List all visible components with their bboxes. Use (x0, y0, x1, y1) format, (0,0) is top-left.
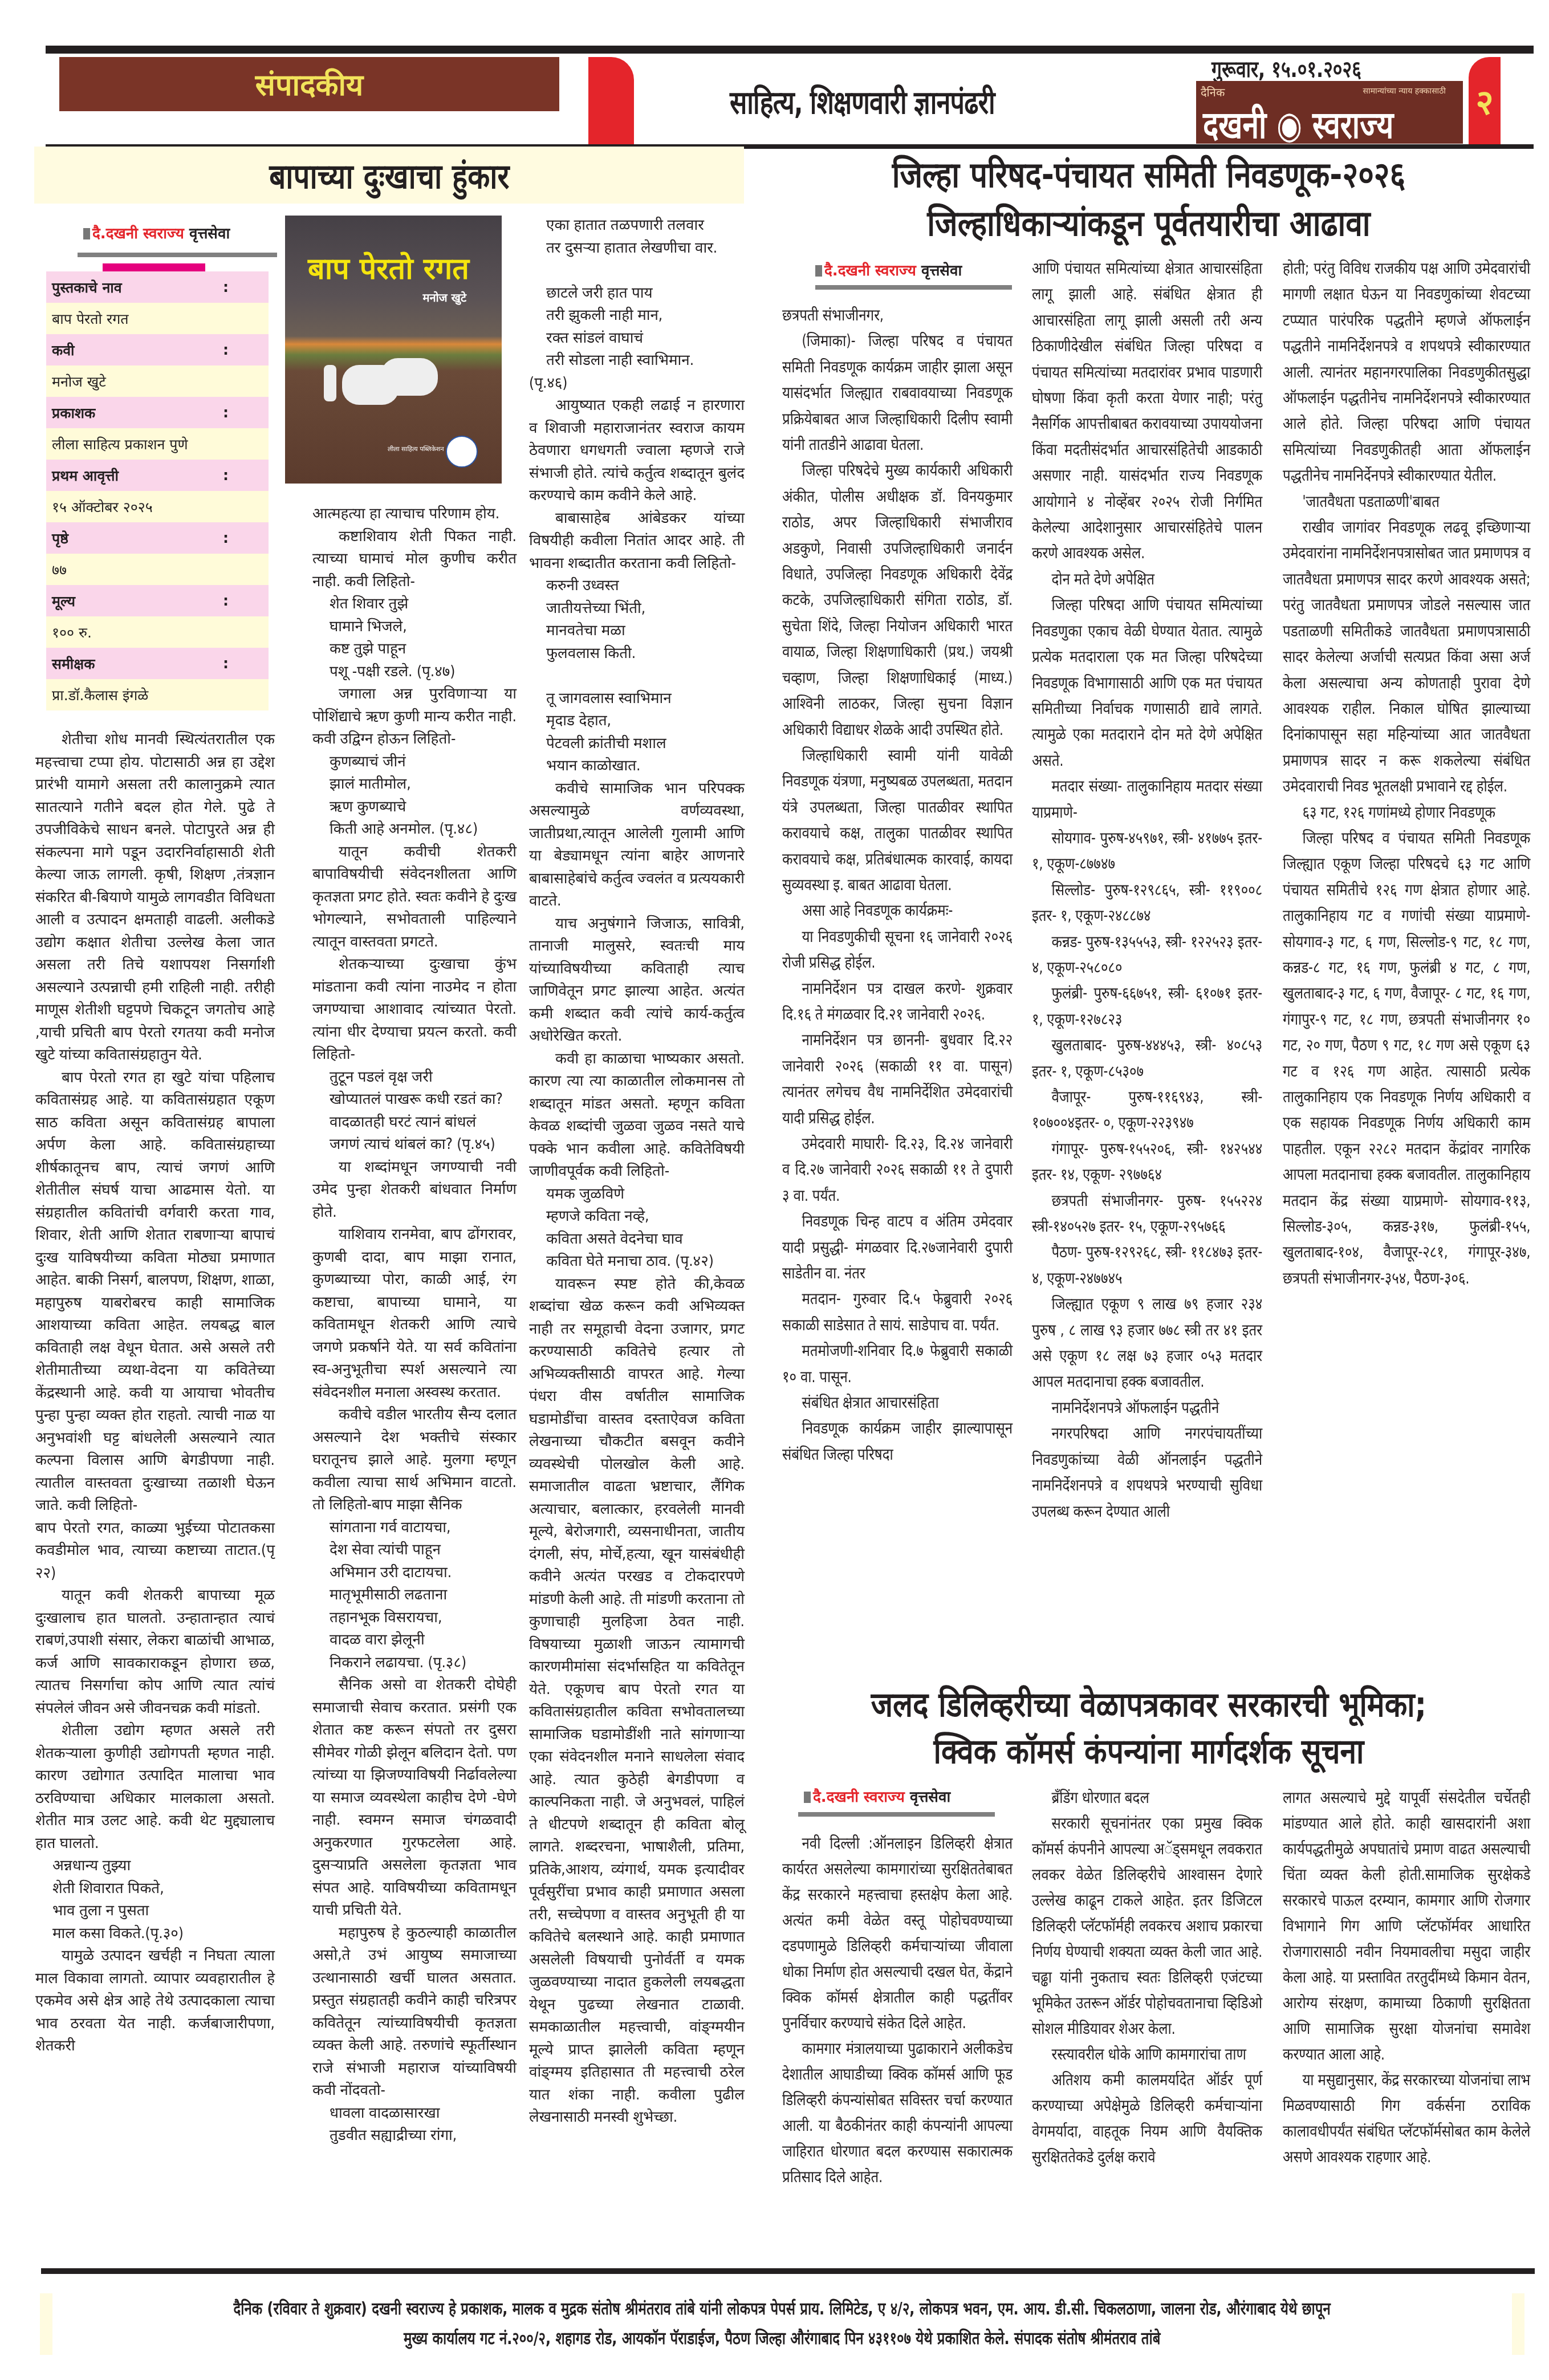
poem: सांगताना गर्व वाटायचा, देश सेवा त्यांची … (312, 1517, 517, 1675)
colon: : (223, 530, 229, 546)
info-label-reviewer: समीक्षक: (46, 648, 269, 679)
paragraph: अतिशय कमी कालमर्यादेत ऑर्डर पूर्ण करण्या… (1032, 2067, 1262, 2170)
quick-commerce-headline-line-2: क्विक कॉमर्स कंपन्यांना मार्गदर्शक सूचना (813, 1728, 1485, 1776)
byline: दै.दखनी स्वराज्य वृत्तसेवा (804, 1786, 950, 1806)
paragraph: जिल्हा परिषद व पंचायत समिती निवडणूक जिल्… (1283, 825, 1530, 1291)
paragraph: सोयगाव- पुरुष-४५९७१, स्त्री- ४१७७५ इतर- … (1032, 825, 1262, 877)
colon: : (223, 592, 229, 609)
logo-prefix: दैनिक (1201, 84, 1225, 100)
book-info-table: पुस्तकाचे नाव: बाप पेरतो रगत कवी: मनोज ख… (46, 271, 269, 710)
paragraph: मतदान- गुरुवार दि.५ फेब्रुवारी २०२६ सकाळ… (782, 1286, 1013, 1338)
paragraph: कामगार मंत्रालयाच्या पुढाकाराने अलीकडेच … (782, 2036, 1013, 2190)
colon: : (223, 404, 229, 421)
colon: : (223, 342, 229, 358)
review-column-3: एका हातात तळपणारी तलवार तर दुसऱ्या हातात… (529, 214, 745, 2129)
label: पृष्ठे (52, 529, 68, 548)
election-column-3: होती; परंतु विविध राजकीय पक्ष आणि उमेदवा… (1283, 255, 1530, 1291)
section-label: संपादकीय (59, 57, 559, 111)
imprint-line-1: दैनिक (रविवार ते शुक्रवार) दखनी स्वराज्य… (234, 2294, 1331, 2324)
paragraph: निवडणूक कार्यक्रम जाहीर झाल्यापासून संबं… (782, 1415, 1013, 1467)
byline-source: दै.दखनी स्वराज्य (92, 225, 184, 242)
paragraph: याशिवाय रानमेवा, बाप ढोंगरावर, कुणबी दाद… (312, 1224, 517, 1404)
paragraph: ६३ गट, १२६ गणांमध्ये होणार निवडणूक (1283, 799, 1530, 825)
book-review-headline: बापाच्या दुःखाचा हुंकार (269, 152, 509, 198)
info-value-reviewer: प्रा.डॉ.कैलास इंगळे (46, 679, 269, 710)
paragraph: जगाला अन्न पुरविणाऱ्या या पोशिंद्याचे ऋण… (312, 683, 517, 751)
book-review-headline-box: बापाच्या दुःखाचा हुंकार (34, 147, 744, 204)
bullet-square-icon (83, 228, 90, 239)
poem: एका हातात तळपणारी तलवार तर दुसऱ्या हातात… (529, 214, 745, 259)
paragraph: नवी दिल्ली :ऑनलाइन डिलिव्हरी क्षेत्रात क… (782, 1830, 1013, 2036)
paragraph: बाबासाहेब आंबेडकर यांच्या विषयीही कवीला … (529, 507, 745, 575)
election-column-2: आणि पंचायत समित्यांच्या क्षेत्रात आचारसं… (1032, 255, 1262, 1524)
label: समीक्षक (52, 654, 95, 673)
info-label-poet: कवी: (46, 334, 269, 365)
info-label-title: पुस्तकाचे नाव: (46, 271, 269, 303)
info-label-edition: प्रथम आवृत्ती: (46, 460, 269, 491)
byline-service: वृत्तसेवा (916, 262, 962, 279)
paragraph: याच अनुषंगाने जिजाऊ, सावित्री, तानाजी मा… (529, 913, 745, 1048)
info-value-publisher: लीला साहित्य प्रकाशन पुणे (46, 428, 269, 460)
paragraph: कष्टाशिवाय शेती पिकत नाही. त्याच्या घामा… (312, 526, 517, 594)
red-tab-decoration (588, 57, 634, 144)
paragraph: असा आहे निवडणूक कार्यक्रमः- (782, 897, 1013, 923)
paragraph: जिल्हा परिषदा आणि पंचायत समित्यांच्या नि… (1032, 592, 1262, 773)
bull-shape (381, 358, 438, 396)
byline-service: वृत्तसेवा (184, 225, 230, 242)
paragraph: वैजापूर- पुरुष-११६९४३, स्त्री- १०७००४इतर… (1032, 1084, 1262, 1136)
paragraph: बाप पेरतो रगत, काळ्या भुईच्या पोटातकसा क… (35, 1517, 275, 1585)
paragraph: सिल्लोड- पुरुष-१२९८६५, स्त्री- ११९००८ इत… (1032, 877, 1262, 929)
publisher-logo-icon (446, 436, 478, 468)
poem: कुणब्याचं जीनं झालं मातीमोल, ऋण कुणब्याच… (312, 751, 517, 841)
label: पुस्तकाचे नाव (52, 278, 122, 297)
byline-rule (798, 1812, 995, 1817)
poem: धावला वादळासारखा तुडवीत सह्याद्रीच्या रा… (312, 2102, 517, 2147)
paragraph: 'जातवैधता पडताळणी'बाबत (1283, 489, 1530, 514)
poem: तू जागवलास स्वाभिमान मृदाड देहात, पेटवली… (529, 688, 745, 778)
paragraph: राखीव जागांवर निवडणूक लढवू इच्छिणाऱ्या उ… (1283, 514, 1530, 799)
bullet-square-icon (815, 265, 822, 277)
colon: : (223, 655, 229, 672)
paragraph: लागत असल्याचे मुद्दे यापूर्वी संसदेतील च… (1283, 1785, 1530, 2067)
paragraph: या निवडणुकीची सूचना १६ जानेवारी २०२६ रोज… (782, 924, 1013, 976)
paragraph: खुलताबाद- पुरुष-४४४५३, स्त्री- ४०८५३ इतर… (1032, 1032, 1262, 1084)
page-subtitle: साहित्य, शिक्षणवारी ज्ञानपंढरी (730, 80, 995, 123)
info-label-pages: पृष्ठे: (46, 522, 269, 554)
paragraph: शेतकऱ्याच्या दुःखाचा कुंभ मांडताना कवी त… (312, 953, 517, 1066)
info-value-edition: १५ ऑक्टोबर २०२५ (46, 491, 269, 522)
byline-source: दै.दखनी स्वराज्य (813, 1789, 905, 1806)
paragraph: गंगापूर- पुरुष-१५५२०६, स्त्री- १४२५४४ इत… (1032, 1136, 1262, 1188)
paragraph: शेतीचा शोध मानवी स्थित्यंतरातील एक महत्त… (35, 729, 275, 1067)
paragraph: या शब्दांमधून जगण्याची नवी उमेद पुन्हा श… (312, 1156, 517, 1224)
logo-tagline: सामान्यांच्या न्याय हक्कासाठी (1363, 86, 1446, 96)
paragraph: महापुरुष हे कुठल्याही काळातील असो,ते उभं… (312, 1922, 517, 2102)
paragraph: छत्रपती संभाजीनगर, (782, 302, 1013, 328)
paragraph: रस्त्यावरील धोके आणि कामगारांचा ताण (1032, 2041, 1262, 2067)
section-title: संपादकीय (255, 64, 363, 104)
poem: शेत शिवार तुझे घामाने भिजले, कष्ट तुझे प… (312, 593, 517, 683)
poem: छाटले जरी हात पाय तरी झुकली नाही मान, रक… (529, 282, 745, 372)
label: कवी (52, 340, 75, 360)
paragraph: निवडणूक चिन्ह वाटप व अंतिम उमेदवार यादी … (782, 1208, 1013, 1286)
page-number: २ (1469, 57, 1501, 144)
colon: : (223, 279, 229, 295)
paragraph: आयुष्यात एकही लढाई न हारणारा व शिवाजी मह… (529, 395, 745, 507)
colon: : (223, 467, 229, 484)
paragraph: सरकारी सूचनांनंतर एका प्रमुख क्विक कॉमर्… (1032, 1810, 1262, 2041)
paragraph: फुलंब्री- पुरुष-६६७५१, स्त्री- ६१०७१ इतर… (1032, 980, 1262, 1032)
imprint-line-2: मुख्य कार्यालय गट नं.२००/२, शहागड रोड, आ… (404, 2324, 1160, 2354)
paragraph: आत्महत्या हा त्याचाच परिणाम होय. (312, 503, 517, 526)
footer-top-rule (41, 2268, 1535, 2274)
label: मूल्य (52, 591, 75, 611)
byline-rule (78, 253, 277, 257)
farmer-shape (324, 365, 336, 401)
issue-date: गुरूवार, १५.०१.२०२६ (1211, 52, 1361, 84)
review-column-1: शेतीचा शोध मानवी स्थित्यंतरातील एक महत्त… (35, 729, 275, 2058)
byline: दै.दखनी स्वराज्य वृत्तसेवा (83, 222, 230, 243)
poem: तुटून पडलं वृक्ष जरी खोप्यातलं पाखरू कधी… (312, 1066, 517, 1156)
info-value-pages: ७७ (46, 554, 269, 585)
byline-rule (815, 285, 1012, 290)
paragraph: संबंधित क्षेत्रात आचारसंहिता (782, 1390, 1013, 1415)
election-headline-line-2: जिल्हाधिकाऱ्यांकडून पूर्वतयारीचा आढावा (813, 200, 1485, 247)
paragraph: (जिमाका)- जिल्हा परिषद व पंचायत समिती नि… (782, 328, 1013, 457)
info-label-price: मूल्य: (46, 585, 269, 616)
election-headline-line-1: जिल्हा परिषद-पंचायत समिती निवडणूक-२०२६ (813, 151, 1485, 199)
paragraph: जिल्हाधिकारी स्वामी यांनी यावेळी निवडणूक… (782, 742, 1013, 897)
paragraph: नामनिर्देशन पत्र छाननी- बुधवार दि.२२ जान… (782, 1027, 1013, 1131)
poem: अन्नधान्य तुझ्या शेती शिवारात पिकते, भाव… (35, 1855, 275, 1945)
quick-commerce-column-2: ब्रँडिंग धोरणात बदल सरकारी सूचनांनंतर एक… (1032, 1785, 1262, 2170)
label: प्रकाशक (52, 403, 95, 423)
paragraph: शेतीला उद्योग म्हणत असले तरी शेतकऱ्याला … (35, 1720, 275, 1855)
info-value-title: बाप पेरतो रगत (46, 303, 269, 334)
paragraph: उमेदवारी माघारी- दि.२३, दि.२४ जानेवारी व… (782, 1131, 1013, 1208)
paragraph: जिल्हा परिषदेचे मुख्य कार्यकारी अधिकारी … (782, 457, 1013, 742)
paragraph: मतदार संख्या- तालुकानिहाय मतदार संख्या य… (1032, 773, 1262, 825)
paragraph: (पृ.४६) (529, 372, 745, 395)
paragraph: यावरून स्पष्ट होते की,केवळ शब्दांचा खेळ … (529, 1273, 745, 2129)
paragraph: कवी हा काळाचा भाष्यकार असतो. कारण त्या त… (529, 1048, 745, 1183)
review-column-2: आत्महत्या हा त्याचाच परिणाम होय. कष्टाशि… (312, 503, 517, 2147)
info-value-poet: मनोज खुटे (46, 365, 269, 397)
byline-service: वृत्तसेवा (905, 1789, 950, 1806)
cover-publisher: लीला साहित्य पब्लिकेशन (388, 445, 444, 453)
paragraph: मतमोजणी-शनिवार दि.७ फेब्रुवारी सकाळी १० … (782, 1338, 1013, 1390)
paragraph: नामनिर्देशन पत्र दाखल करणे- शुक्रवार दि.… (782, 976, 1013, 1027)
paragraph: नगरपरिषदा आणि नगरपंचायतींच्या निवडणुकांच… (1032, 1420, 1262, 1524)
poem: करुनी उध्वस्त जातीयत्तेच्या भिंती, मानवत… (529, 575, 745, 665)
paragraph: दोन मते देणे अपेक्षित (1032, 566, 1262, 592)
paragraph: यातून कवीची शेतकरी बापाविषयीची संवेदनशील… (312, 841, 517, 954)
paragraph: ब्रँडिंग धोरणात बदल (1032, 1785, 1262, 1810)
poem: यमक जुळविणे म्हणजे कविता नव्हे, कविता अस… (529, 1183, 745, 1273)
paragraph: कन्नड- पुरुष-१३५५५३, स्त्री- १२२५२३ इतर-… (1032, 929, 1262, 981)
quick-commerce-column-1: नवी दिल्ली :ऑनलाइन डिलिव्हरी क्षेत्रात क… (782, 1830, 1013, 2190)
paragraph: कवीचे सामाजिक भान परिपक्क असल्यामुळे वर्… (529, 778, 745, 913)
cover-author: मनोज खुटे (423, 290, 466, 305)
quick-commerce-column-3: लागत असल्याचे मुद्दे यापूर्वी संसदेतील च… (1283, 1785, 1530, 2170)
logo-name: दखनी ◉ स्वराज्य (1203, 98, 1393, 149)
byline-source: दै.दखनी स्वराज्य (824, 262, 916, 279)
paragraph: यामुळे उत्पादन खर्चही न निघता त्याला माल… (35, 1945, 275, 2058)
paragraph: कवीचे वडील भारतीय सैन्य दलात असल्याने दे… (312, 1404, 517, 1517)
cover-title: बाप पेरतो रगत (308, 247, 469, 288)
info-label-publisher: प्रकाशक: (46, 397, 269, 428)
book-cover-image: बाप पेरतो रगत मनोज खुटे लीला साहित्य पब्… (285, 216, 502, 484)
paragraph: छत्रपती संभाजीनगर- पुरुष- १५५२२४ स्त्री-… (1032, 1188, 1262, 1240)
imprint-footer: दैनिक (रविवार ते शुक्रवार) दखनी स्वराज्य… (40, 2293, 1524, 2355)
paragraph: बाप पेरतो रगत हा खुटे यांचा पहिलाच कविता… (35, 1067, 275, 1517)
paragraph: होती; परंतु विविध राजकीय पक्ष आणि उमेदवा… (1283, 255, 1530, 489)
paragraph: पैठण- पुरुष-१२९२६८, स्त्री- ११८४७३ इतर- … (1032, 1239, 1262, 1291)
election-column-1: छत्रपती संभाजीनगर, (जिमाका)- जिल्हा परिष… (782, 302, 1013, 1467)
newspaper-logo: दैनिक सामान्यांच्या न्याय हक्कासाठी दखनी… (1196, 81, 1463, 144)
paragraph: आणि पंचायत समित्यांच्या क्षेत्रात आचारसं… (1032, 255, 1262, 566)
paragraph: नामनिर्देशनपत्रे ऑफलाईन पद्धतीने (1032, 1395, 1262, 1420)
byline: दै.दखनी स्वराज्य वृत्तसेवा (815, 259, 962, 280)
paragraph: यातून कवी शेतकरी बापाच्या मूळ दुःखालाच ह… (35, 1585, 275, 1720)
paragraph: सैनिक असो वा शेतकरी दोघेही समाजाची सेवाच… (312, 1674, 517, 1922)
paragraph: या मसुद्यानुसार, केंद्र सरकारच्या योजनां… (1283, 2067, 1530, 2170)
info-value-price: १०० रु. (46, 616, 269, 648)
quick-commerce-headline-line-1: जलद डिलिव्हरीच्या वेळापत्रकावर सरकारची भ… (813, 1681, 1485, 1729)
label: प्रथम आवृत्ती (52, 466, 119, 485)
bullet-square-icon (804, 1792, 811, 1803)
paragraph: जिल्ह्यात एकूण ९ लाख ७९ हजार २३४ पुरुष ,… (1032, 1291, 1262, 1395)
